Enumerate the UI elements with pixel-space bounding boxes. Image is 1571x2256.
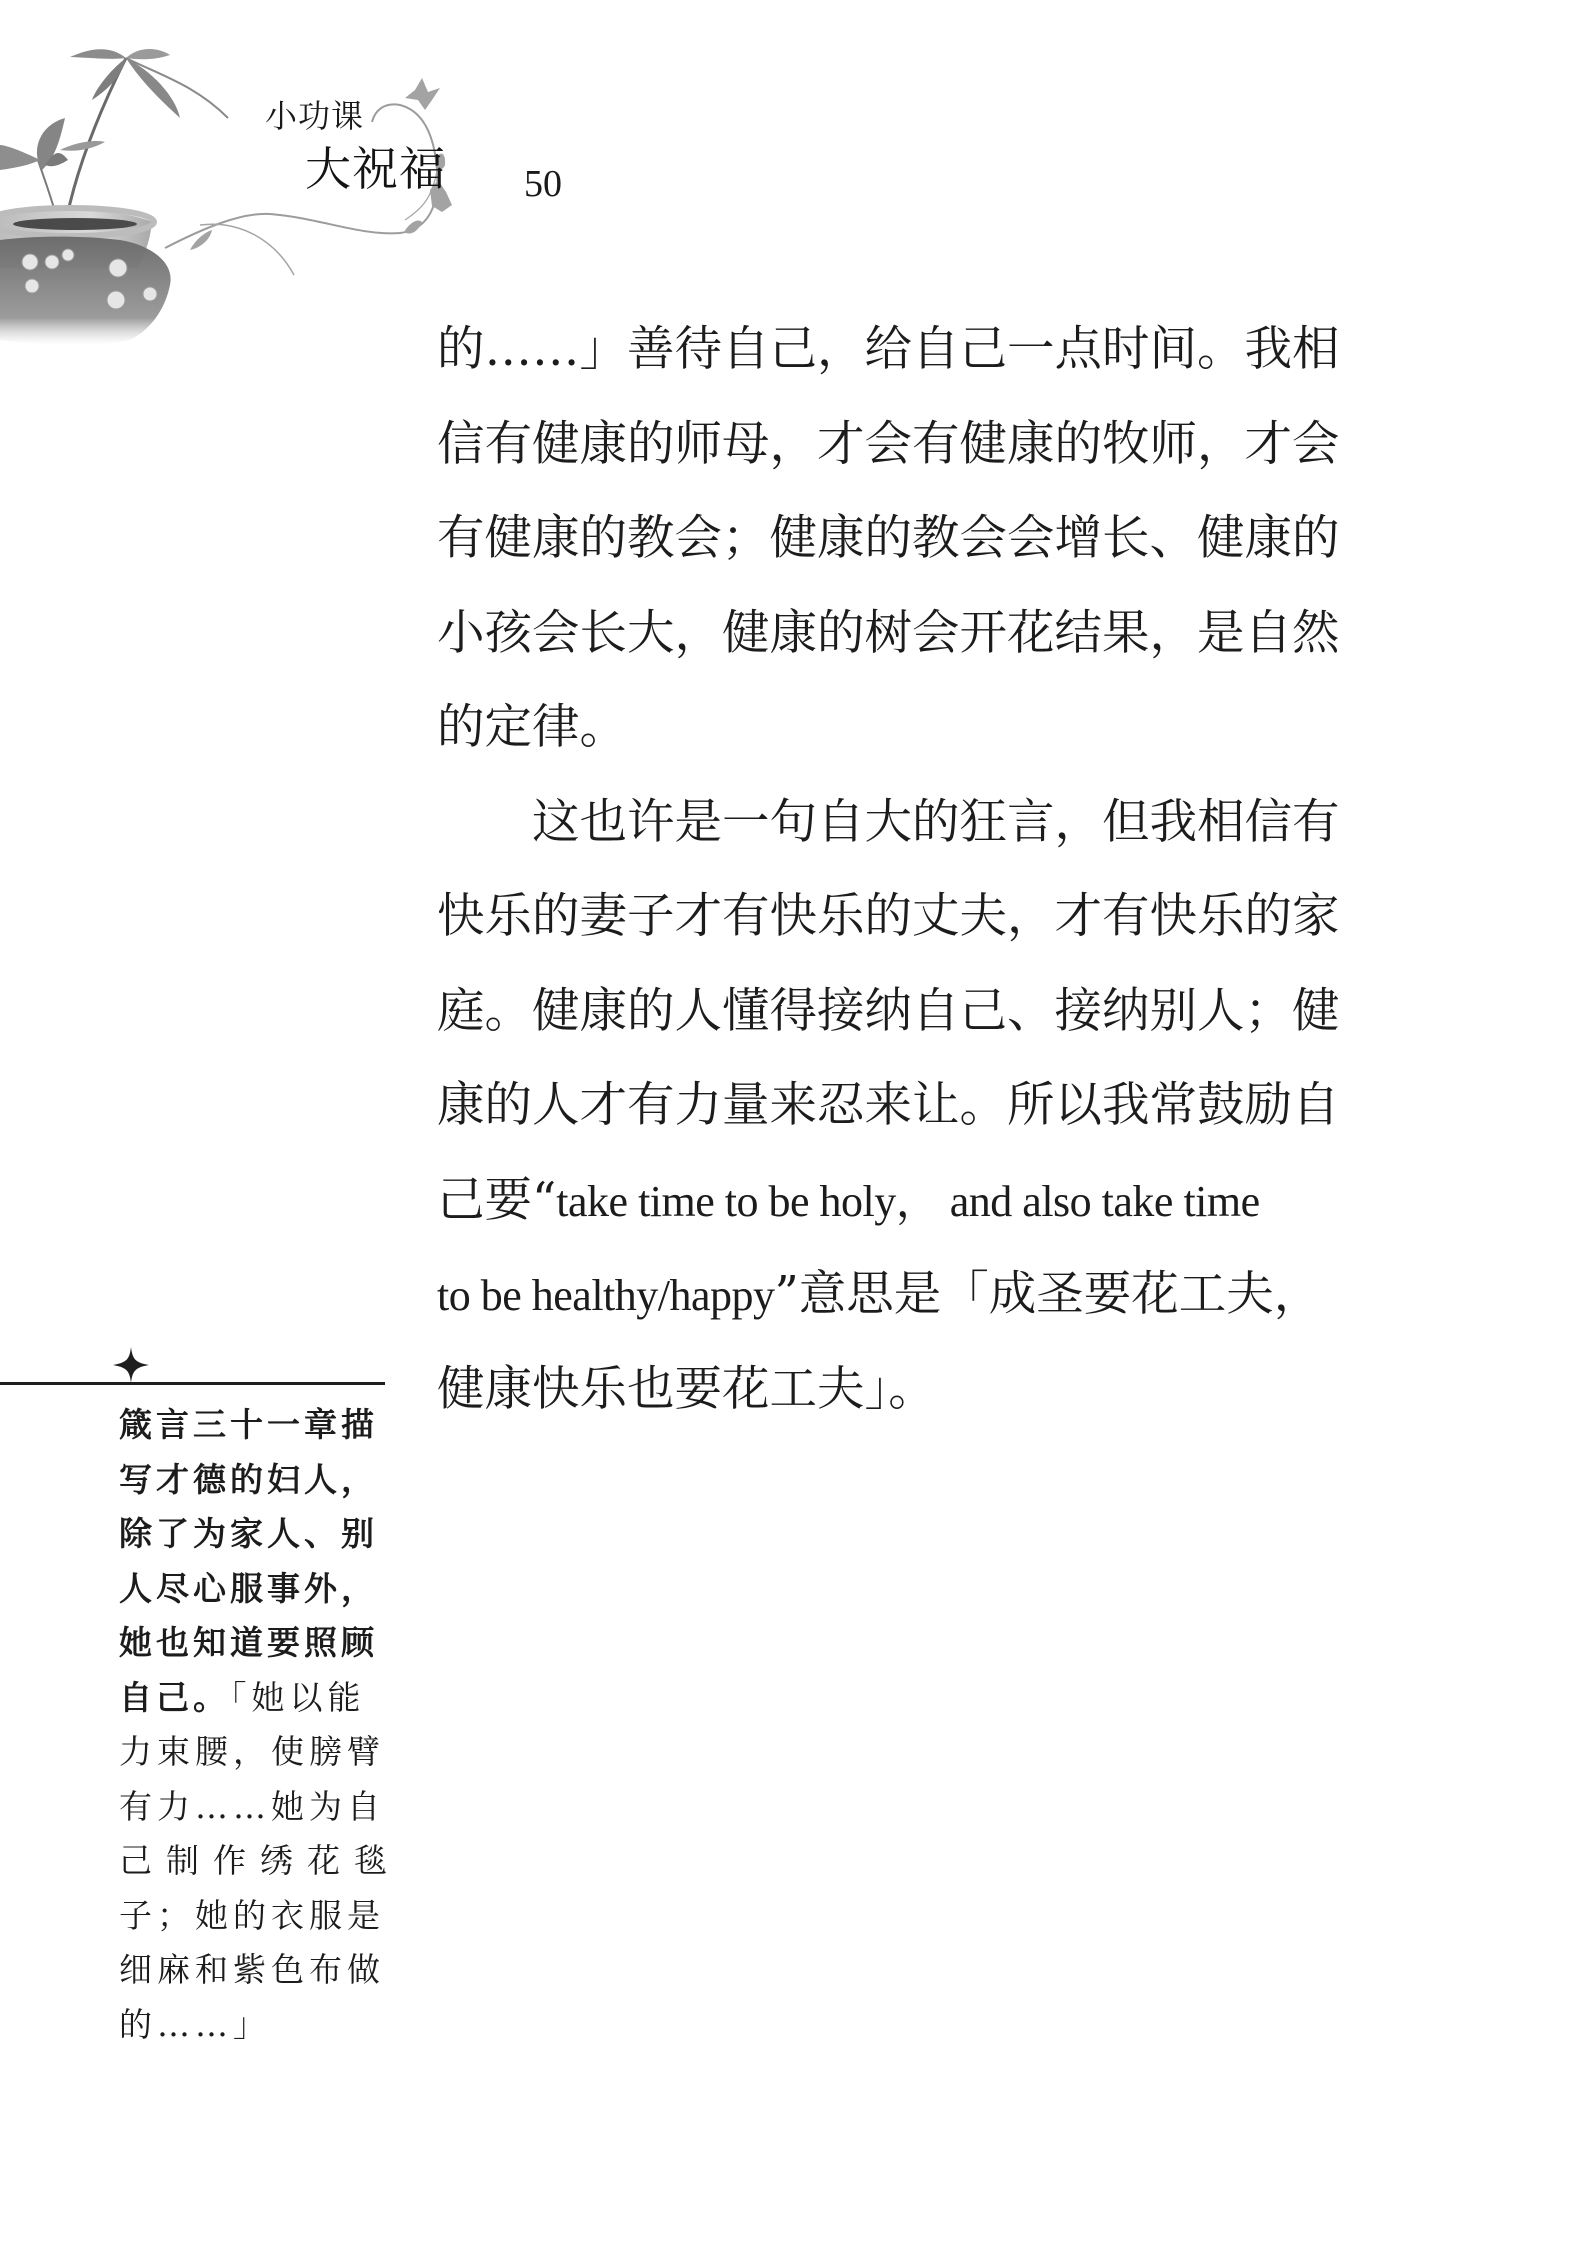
english-quote-part-2: to be healthy/happy [437, 1271, 775, 1320]
scripture-quote-line: 子；她的衣服是 [119, 1889, 394, 1944]
text-line-mixed: to be healthy/happy”意思是「成圣要花工夫， [437, 1248, 1367, 1343]
text-line: 快乐的妻子才有快乐的丈夫，才有快乐的家 [437, 870, 1367, 965]
text-line: 有健康的教会；健康的教会会增长、健康的 [437, 492, 1367, 587]
scripture-quote-line: 力束腰，使膀臂 [119, 1725, 394, 1780]
series-title-small: 小功课 [265, 96, 364, 136]
scripture-quote-line: 的……」 [119, 1998, 394, 2053]
text-line: 小孩会长大，健康的树会开花结果，是自然 [437, 587, 1367, 682]
paragraph-2: 这也许是一句自大的狂言，但我相信有 快乐的妻子才有快乐的丈夫，才有快乐的家 庭。… [437, 776, 1367, 1438]
text-line: 健康快乐也要花工夫」。 [437, 1343, 1367, 1438]
text-line: 信有健康的师母，才会有健康的牧师，才会 [437, 398, 1367, 493]
english-quote-part-1: take time to be holy， and also take time [556, 1177, 1259, 1226]
scripture-quote-line: 己制作绣花毯 [119, 1834, 394, 1889]
note-line: 箴言三十一章描 [119, 1398, 394, 1453]
note-line: 写才德的妇人， [119, 1453, 394, 1508]
note-line-mixed: 自己。「她以能 [119, 1671, 394, 1726]
note-line: 她也知道要照顾 [119, 1616, 394, 1671]
text-fragment-cjk: ”意思是「成圣要花工夫， [775, 1267, 1322, 1322]
four-point-star-icon [113, 1347, 149, 1383]
note-line: 除了为家人、别 [119, 1507, 394, 1562]
scripture-quote-start: 「她以能 [230, 1678, 366, 1717]
paragraph-1: 的……」善待自己，给自己一点时间。我相 信有健康的师母，才会有健康的牧师，才会 … [437, 303, 1367, 776]
book-page: 小功课 大祝福 50 的……」善待自己，给自己一点时间。我相 信有健康的师母，才… [0, 0, 1571, 2256]
scripture-quote-line: 有力……她为自 [119, 1780, 394, 1835]
note-fragment-bold: 自己。 [119, 1678, 230, 1717]
scripture-quote-line: 细麻和紫色布做 [119, 1943, 394, 1998]
body-text: 的……」善待自己，给自己一点时间。我相 信有健康的师母，才会有健康的牧师，才会 … [437, 303, 1367, 1437]
page-number: 50 [524, 162, 562, 206]
text-line: 庭。健康的人懂得接纳自己、接纳别人；健 [437, 965, 1367, 1060]
text-line-mixed: 己要“take time to be holy， and also take t… [437, 1154, 1367, 1249]
text-line: 的定律。 [437, 681, 1367, 776]
sidebar-divider-rule [0, 1382, 385, 1385]
text-line: 这也许是一句自大的狂言，但我相信有 [437, 776, 1367, 871]
text-fragment-cjk: 己要“ [437, 1173, 556, 1228]
sidebar-note: 箴言三十一章描 写才德的妇人， 除了为家人、别 人尽心服事外， 她也知道要照顾 … [119, 1398, 394, 2052]
text-line: 的……」善待自己，给自己一点时间。我相 [437, 303, 1367, 398]
text-line: 康的人才有力量来忍来让。所以我常鼓励自 [437, 1059, 1367, 1154]
note-line: 人尽心服事外， [119, 1562, 394, 1617]
series-title-large: 大祝福 [305, 142, 446, 196]
